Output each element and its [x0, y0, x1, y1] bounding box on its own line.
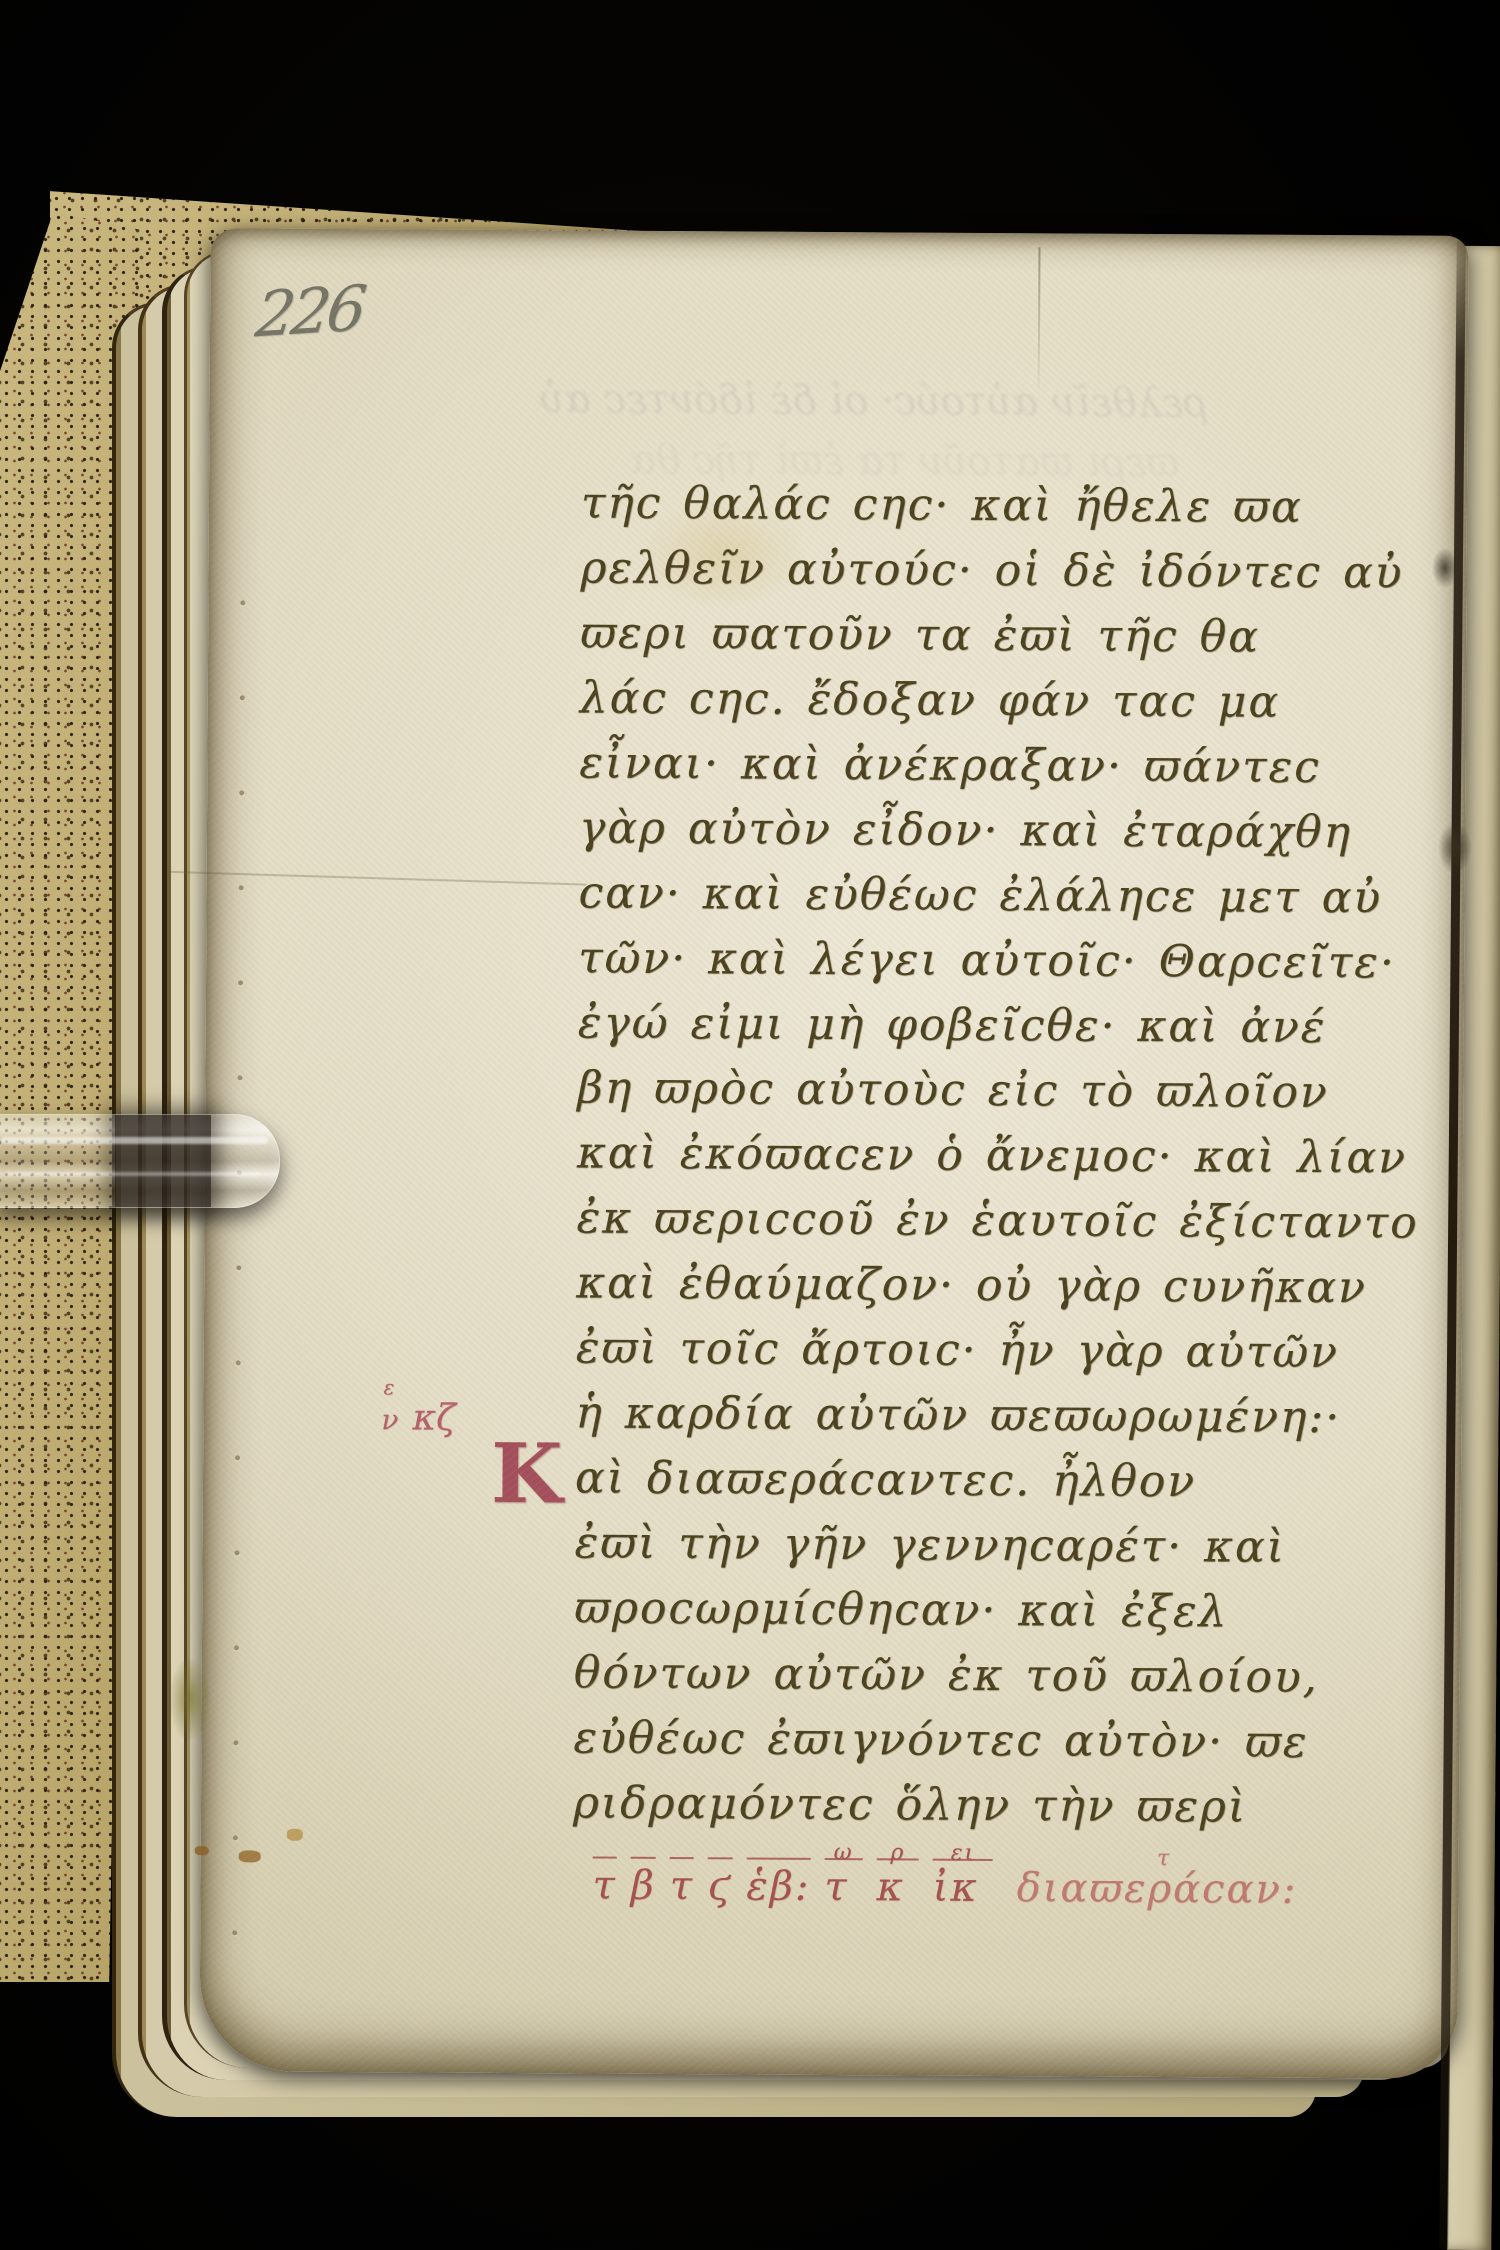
text-line: λάϲ ϲηϲ. ἔδοξαν φάν ταϲ μα — [580, 665, 1380, 735]
text-line: εὐθέωϲ ἐϖιγνόντεϲ αὐτὸν· ϖε — [573, 1705, 1373, 1775]
kephalaion-margin-note: ενκζ — [381, 1397, 455, 1438]
rubric-abbreviation: ἑβ: — [746, 1857, 810, 1909]
rubric-abbreviation: ϛ — [708, 1857, 733, 1909]
text-line: γὰρ αὐτὸν εἶδον· καὶ ἐταράχθη — [579, 795, 1379, 865]
rubric-incipit: διαϖεράϲαν:τ — [1017, 1865, 1312, 1913]
text-line: θόντων αὐτῶν ἐκ τοῦ ϖλοίου, — [574, 1640, 1374, 1710]
glass-highlight — [1, 1137, 268, 1144]
pricking-hole — [237, 1075, 242, 1080]
ink-stain — [1432, 548, 1458, 588]
text-line: ριδραμόντεϲ ὅλην τὴν ϖερὶ — [573, 1770, 1373, 1840]
pricking-hole — [236, 1265, 241, 1270]
pricking-hole — [238, 980, 243, 985]
text-line: εἶναι· καὶ ἀνέκραξαν· ϖάντεϲ — [579, 730, 1379, 800]
rubric-abbreviation: κρ — [876, 1858, 919, 1910]
pricking-hole — [235, 1455, 240, 1460]
glass-page-weight — [0, 1114, 280, 1208]
text-line: ἡ καρδία αὐτῶν ϖεϖωρωμένη:· — [575, 1380, 1375, 1450]
pricking-hole — [232, 1930, 237, 1935]
rubric-abbreviation: τ — [592, 1857, 616, 1909]
stain — [169, 1658, 210, 1740]
show-through-ghost: ρελθεῖν αὐτούϲ· οἱ δὲ ἰδόντεϲ αὐ — [539, 376, 1207, 426]
pricking-hole — [233, 1740, 238, 1745]
folio-number-pencil: 226 — [252, 271, 366, 351]
pricking-hole — [236, 1360, 241, 1365]
pricking-hole — [240, 695, 245, 700]
text-block: τῆϲ θαλάϲ ϲηϲ· καὶ ἤθελε ϖα ρελθεῖν αὐτο… — [573, 470, 1381, 1840]
pricking-hole — [235, 1550, 240, 1555]
text-line: τῶν· καὶ λέγει αὐτοῖϲ· Θαρϲεῖτε· — [578, 925, 1378, 995]
parchment-crease — [167, 871, 587, 886]
margin-note-letter: ν — [381, 1403, 398, 1436]
rubric-abbreviation: β — [631, 1857, 656, 1909]
text-line: βη ϖρὸϲ αὐτοὺϲ εἰϲ τὸ ϖλοῖον — [577, 1055, 1377, 1125]
text-line: τῆϲ θαλάϲ ϲηϲ· καὶ ἤθελε ϖα — [581, 470, 1381, 540]
rubric-abbreviation: τ — [670, 1857, 694, 1909]
text-line: ϖερι ϖατοῦν τα ἐϖὶ τῆϲ θα — [580, 600, 1380, 670]
manuscript-photo: 226 ρελθεῖν αὐτούϲ· οἱ — [0, 0, 1500, 2250]
text-line-with-initial: Καὶ διαϖεράϲαντεϲ. ἦλθον — [575, 1445, 1375, 1515]
margin-note-number: κζ — [412, 1397, 455, 1438]
rubric-abbreviation: τω — [824, 1858, 862, 1910]
text-line: καὶ ἐθαύμαζον· οὐ γὰρ ϲυνῆκαν — [576, 1250, 1376, 1320]
text-line: ρελθεῖν αὐτούϲ· οἱ δὲ ἰδόντεϲ αὐ — [580, 535, 1380, 605]
margin-note-superscript: ε — [383, 1375, 394, 1399]
text-line: αὶ διαϖεράϲαντεϲ. ἦλθον — [575, 1452, 1196, 1507]
text-line: καὶ ἐκόϖαϲεν ὁ ἄνεμοϲ· καὶ λίαν — [577, 1120, 1377, 1190]
text-line: ϖροϲωρμίϲθηϲαν· καὶ ἐξελ — [574, 1575, 1374, 1645]
debris-specks — [191, 1820, 311, 1871]
pricking-holes — [232, 600, 245, 1935]
ink-stain — [1438, 822, 1472, 874]
page-weight-dark-band — [115, 1115, 211, 1207]
lection-rubric: τβτϛἑβ:τωκρἰκειδιαϖεράϲαν:τ — [592, 1857, 1325, 1913]
text-line: ἐκ ϖεριϲϲοῦ ἐν ἑαυτοῖϲ ἐξίϲταντο — [576, 1185, 1376, 1255]
pricking-hole — [240, 600, 245, 605]
text-line: ἐϖὶ τὴν γῆν γεννηϲαρέτ· καὶ — [574, 1510, 1374, 1580]
pricking-hole — [234, 1645, 239, 1650]
pricking-hole — [239, 885, 244, 890]
rubric-abbreviation: ἰκει — [933, 1859, 993, 1911]
pricking-hole — [239, 790, 244, 795]
text-line: ϲαν· καὶ εὐθέωϲ ἐλάληϲε μετ αὐ — [578, 860, 1378, 930]
text-line: ἐγώ εἰμι μὴ φοβεῖϲθε· καὶ ἀνέ — [578, 990, 1378, 1060]
glass-highlight — [5, 1172, 261, 1176]
chapter-initial: Κ — [491, 1433, 565, 1515]
parchment-page: 226 ρελθεῖν αὐτούϲ· οἱ — [199, 228, 1468, 2079]
parchment-crease — [1038, 247, 1041, 397]
text-line: ἐϖὶ τοῖϲ ἄρτοιϲ· ἦν γὰρ αὐτῶν — [576, 1315, 1376, 1385]
